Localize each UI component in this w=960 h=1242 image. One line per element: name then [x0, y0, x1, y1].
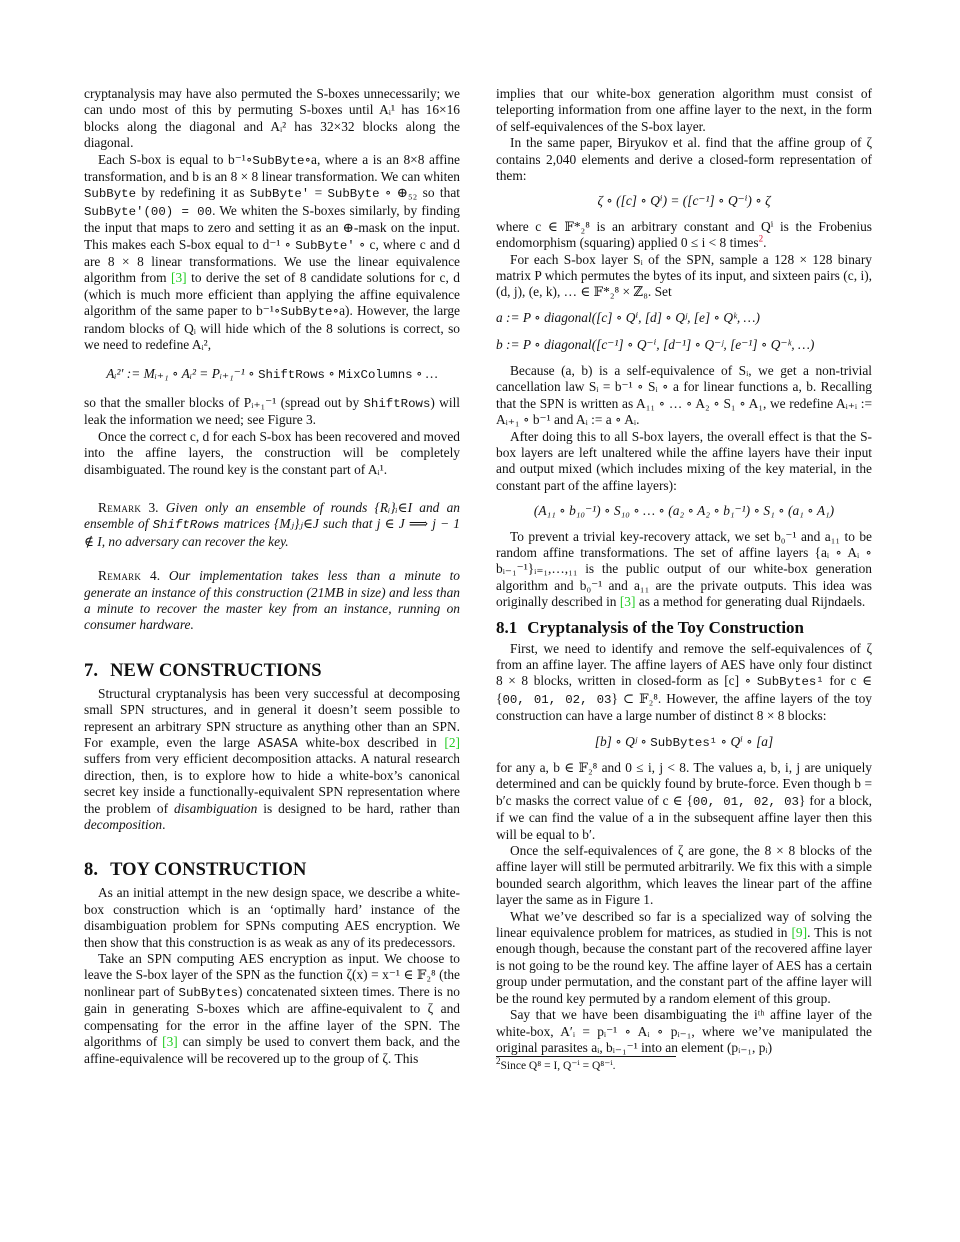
code-subbytes: SubBytes [179, 986, 239, 1000]
text-run: by redefining it as [136, 185, 250, 200]
citation-link[interactable]: [3] [162, 1034, 178, 1049]
citation-link[interactable]: [3] [171, 270, 187, 285]
paragraph: In the same paper, Biryukov et al. find … [496, 135, 872, 184]
footnote: 2Since Q⁸ = I, Q⁻ⁱ = Q⁸⁻ⁱ. [496, 1059, 872, 1073]
paragraph: What we’ve described so far is a special… [496, 909, 872, 1007]
text-run: = [309, 185, 327, 200]
equation: Aᵢ²′ := Mᵢ₊₁ ∘ Aᵢ² = Pᵢ₊₁⁻¹ ∘ ShiftRows … [84, 366, 460, 383]
code-subbyte: SubByte [252, 154, 304, 168]
left-column: cryptanalysis may have also permuted the… [84, 86, 460, 1067]
footnote-divider [496, 1056, 676, 1057]
text-run: is designed to be hard, rather than [257, 801, 460, 816]
text-run: Each S-box is equal to b⁻¹∘ [98, 152, 252, 167]
remark-number: 4. [150, 568, 160, 583]
citation-link[interactable]: [9] [791, 925, 807, 940]
code-subbyte: SubByte′(00) = 00 [84, 205, 212, 219]
code-subbyte: SubByte [327, 187, 379, 201]
subsection-heading-8-1: 8.1Cryptanalysis of the Toy Construction [496, 617, 872, 638]
paragraph: for any a, b ∈ 𝔽₂⁸ and 0 ≤ i, j < 8. The… [496, 760, 872, 843]
code-subbyte: SubByte′ [295, 239, 355, 253]
code-subbytes: SubBytes¹ [650, 736, 717, 750]
remark-label: Remark [98, 500, 141, 515]
text-run: ∘ ⊕₅₂ so that [380, 185, 460, 200]
paragraph: Say that we have been disambiguating the… [496, 1007, 872, 1056]
remark-text: Our implementation takes less than a min… [84, 568, 460, 632]
section-title: TOY CONSTRUCTION [110, 860, 306, 880]
code-shiftrows: ShiftRows [363, 397, 430, 411]
text-run: where c ∈ 𝔽*₂⁸ is an arbitrary constant … [496, 219, 872, 250]
paragraph: implies that our white-box generation al… [496, 86, 872, 135]
asasa-label: ASASA [258, 736, 298, 750]
paragraph: Take an SPN computing AES encryption as … [84, 951, 460, 1067]
equation-text: ∘ Qⁱ ∘ [a] [717, 734, 773, 749]
remark-4: Remark 4. Our implementation takes less … [84, 568, 460, 634]
code-subbyte: SubByte [84, 187, 136, 201]
section-heading-8: 8.TOY CONSTRUCTION [84, 859, 460, 881]
code-subbyte: SubByte′ [250, 187, 310, 201]
equation-text: Aᵢ²′ := Mᵢ₊₁ ∘ Aᵢ² = Pᵢ₊₁⁻¹ ∘ [106, 366, 258, 381]
right-column: implies that our white-box generation al… [496, 86, 872, 1073]
paragraph: cryptanalysis may have also permuted the… [84, 86, 460, 152]
equation-text: ∘ [325, 366, 338, 381]
code-set: 00, 01, 02, 03 [693, 795, 799, 809]
equation: [b] ∘ Qʲ ∘ SubBytes¹ ∘ Qⁱ ∘ [a] [496, 734, 872, 751]
equation: b := P ∘ diagonal([c⁻¹] ∘ Q⁻ⁱ, [d⁻¹] ∘ Q… [496, 336, 872, 354]
paragraph: As an initial attempt in the new design … [84, 885, 460, 951]
remark-number: 3. [148, 500, 158, 515]
code-shiftrows: ShiftRows [153, 518, 220, 532]
remark-label: Remark [98, 568, 141, 583]
section-number: 7. [84, 661, 98, 681]
equation: ζ ∘ ([c] ∘ Qⁱ) = ([c⁻¹] ∘ Q⁻ⁱ) ∘ ζ [496, 193, 872, 209]
paragraph: After doing this to all S-box layers, th… [496, 429, 872, 495]
code-shiftrows: ShiftRows [258, 368, 325, 382]
text-run: . [763, 235, 766, 250]
paragraph: Because (a, b) is a self-equivalence of … [496, 363, 872, 429]
text-run: white-box described in [298, 735, 445, 750]
equation: (A₁₁ ∘ b₁₀⁻¹) ∘ S₁₀ ∘ … ∘ (a₂ ∘ A₂ ∘ b₁⁻… [496, 503, 872, 519]
paragraph: Structural cryptanalysis has been very s… [84, 686, 460, 834]
text-run: as a method for generating dual Rijndael… [635, 594, 865, 609]
text-run: so that the smaller blocks of Pᵢ₊₁⁻¹ (sp… [84, 395, 363, 410]
section-title: NEW CONSTRUCTIONS [110, 661, 322, 681]
emphasis: disambiguation [174, 801, 257, 816]
remark-3: Remark 3. Given only an ensemble of roun… [84, 500, 460, 550]
equation-text: [b] ∘ Qʲ ∘ [595, 734, 651, 749]
paragraph: where c ∈ 𝔽*₂⁸ is an arbitrary constant … [496, 219, 872, 252]
paragraph: Once the correct c, d for each S-box has… [84, 429, 460, 478]
citation-link[interactable]: [2] [444, 735, 460, 750]
emphasis: decomposition [84, 817, 162, 832]
citation-link[interactable]: [3] [620, 594, 636, 609]
paragraph: First, we need to identify and remove th… [496, 641, 872, 725]
section-number: 8. [84, 860, 98, 880]
paragraph: Each S-box is equal to b⁻¹∘SubByte∘a, wh… [84, 152, 460, 354]
text-run: . [162, 817, 165, 832]
equation-text: ∘ … [413, 366, 438, 381]
paragraph: For each S-box layer Sᵢ of the SPN, samp… [496, 252, 872, 301]
section-heading-7: 7.NEW CONSTRUCTIONS [84, 660, 460, 682]
equation: a := P ∘ diagonal([c] ∘ Qⁱ, [d] ∘ Qʲ, [e… [496, 309, 872, 327]
paragraph: so that the smaller blocks of Pᵢ₊₁⁻¹ (sp… [84, 395, 460, 429]
code-subbytes: SubBytes¹ [757, 675, 824, 689]
code-subbyte: SubByte [280, 305, 332, 319]
paragraph: To prevent a trivial key-recovery attack… [496, 529, 872, 611]
subsection-title: Cryptanalysis of the Toy Construction [527, 618, 804, 637]
code-mixcolumns: MixColumns [338, 368, 412, 382]
footnote-text: Since Q⁸ = I, Q⁻ⁱ = Q⁸⁻ⁱ. [501, 1060, 616, 1072]
code-set: 00, 01, 02, 03 [502, 693, 611, 707]
paragraph: Once the self-equivalences of ζ are gone… [496, 843, 872, 909]
subsection-number: 8.1 [496, 618, 517, 637]
